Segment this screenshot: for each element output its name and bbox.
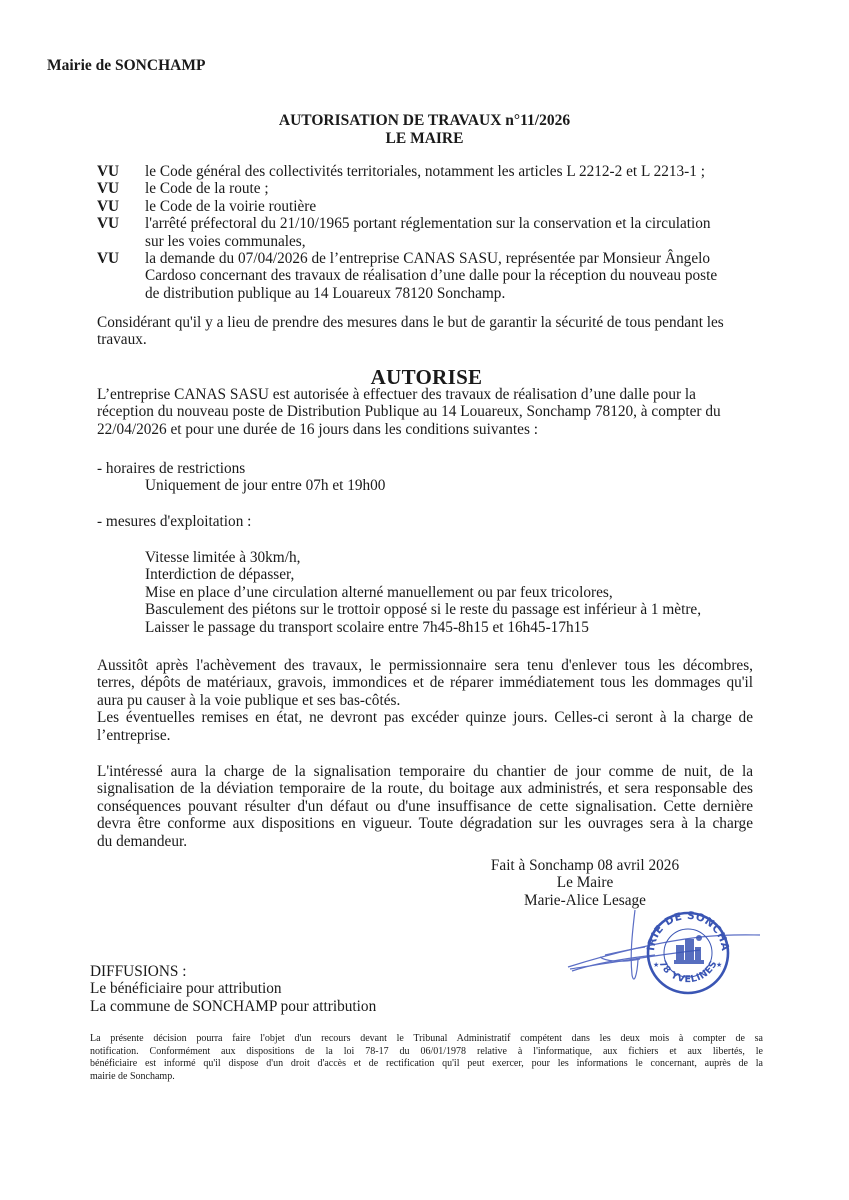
signature-block: Fait à Sonchamp 08 avril 2026 Le Maire M… (465, 857, 705, 909)
vu-item: VU la demande du 07/04/2026 de l’entrepr… (97, 250, 757, 302)
vu-item: VU le Code de la route ; (97, 180, 757, 197)
text-line: signalisation de la déviation temporaire… (97, 780, 753, 797)
svg-text:★: ★ (653, 961, 659, 969)
vu-list: VU le Code général des collectivités ter… (97, 163, 757, 302)
text-line: bénéficiaire est informé qu'il dispose d… (90, 1058, 763, 1071)
text-line: travaux. (97, 331, 757, 348)
text-line: mairie de Sonchamp. (90, 1071, 763, 1084)
text-line: 22/04/2026 et pour une durée de 16 jours… (97, 421, 757, 438)
text-line: aura pu causer à la voie publique et ses… (97, 692, 753, 709)
vu-text: de distribution publique au 14 Louareux … (145, 285, 757, 302)
title-line-2: LE MAIRE (0, 130, 849, 148)
svg-text:MAIRIE DE SONCHAMP: MAIRIE DE SONCHAMP (560, 905, 731, 952)
diffusions-heading: DIFFUSIONS : (90, 963, 376, 980)
signature-place-date: Fait à Sonchamp 08 avril 2026 (465, 857, 705, 874)
vu-label: VU (97, 198, 145, 215)
vu-text: le Code de la route ; (145, 180, 757, 197)
vu-label: VU (97, 180, 145, 197)
text-line: devra être conforme aux dispositions en … (97, 815, 753, 832)
horaires-label: - horaires de restrictions (97, 460, 757, 477)
text-line: du demandeur. (97, 833, 753, 850)
mesures-list: Vitesse limitée à 30km/h, Interdiction d… (145, 549, 765, 636)
legal-footnote: La présente décision pourra faire l'obje… (90, 1033, 763, 1083)
text-line: réception du nouveau poste de Distributi… (97, 403, 757, 420)
considerant-paragraph: Considérant qu'il y a lieu de prendre de… (97, 314, 757, 349)
mesure-item: Basculement des piétons sur le trottoir … (145, 601, 765, 618)
text-line: notification. Conformément aux dispositi… (90, 1046, 763, 1059)
vu-text: sur les voies communales, (145, 233, 757, 250)
text-line: L’entreprise CANAS SASU est autorisée à … (97, 386, 757, 403)
mesure-item: Vitesse limitée à 30km/h, (145, 549, 765, 566)
diffusion-item: Le bénéficiaire pour attribution (90, 980, 376, 997)
vu-item: VU l'arrêté préfectoral du 21/10/1965 po… (97, 215, 757, 250)
vu-label: VU (97, 250, 145, 302)
mesure-item: Mise en place d’une circulation alterné … (145, 584, 765, 601)
vu-text: la demande du 07/04/2026 de l’entreprise… (145, 250, 757, 267)
diffusion-item: La commune de SONCHAMP pour attribution (90, 998, 376, 1015)
text-line: Les éventuelles remises en état, ne devr… (97, 709, 753, 726)
text-line: L'intéressé aura la charge de la signali… (97, 763, 753, 780)
vu-text: l'arrêté préfectoral du 21/10/1965 porta… (145, 215, 757, 232)
document-title: AUTORISATION DE TRAVAUX n°11/2026 LE MAI… (0, 112, 849, 148)
interesse-paragraph: L'intéressé aura la charge de la signali… (97, 763, 753, 850)
vu-text: Cardoso concernant des travaux de réalis… (145, 267, 757, 284)
text-line: terres, dépôts de matériaux, gravois, im… (97, 674, 753, 691)
mesure-item: Interdiction de dépasser, (145, 566, 765, 583)
vu-text: le Code général des collectivités territ… (145, 163, 757, 180)
text-line: La présente décision pourra faire l'obje… (90, 1033, 763, 1046)
svg-text:★: ★ (716, 961, 722, 969)
organization-name: Mairie de SONCHAMP (47, 57, 205, 75)
diffusions-section: DIFFUSIONS : Le bénéficiaire pour attrib… (90, 963, 376, 1015)
mesure-item: Laisser le passage du transport scolaire… (145, 619, 765, 636)
vu-item: VU le Code de la voirie routière (97, 198, 757, 215)
autorise-paragraph: L’entreprise CANAS SASU est autorisée à … (97, 386, 757, 438)
stamp-top-text: MAIRIE DE SONCHAMP (560, 905, 731, 952)
text-line: conséquences pouvant résulter d'un défau… (97, 798, 753, 815)
vu-text: le Code de la voirie routière (145, 198, 757, 215)
horaires-section: - horaires de restrictions Uniquement de… (97, 460, 757, 495)
title-line-1: AUTORISATION DE TRAVAUX n°11/2026 (0, 112, 849, 130)
text-line: Considérant qu'il y a lieu de prendre de… (97, 314, 757, 331)
mesures-label: - mesures d'exploitation : (97, 513, 251, 530)
signature-role: Le Maire (465, 874, 705, 891)
horaires-value: Uniquement de jour entre 07h et 19h00 (97, 477, 757, 494)
text-line: Aussitôt après l'achèvement des travaux,… (97, 657, 753, 674)
vu-item: VU le Code général des collectivités ter… (97, 163, 757, 180)
aussitot-paragraph: Aussitôt après l'achèvement des travaux,… (97, 657, 753, 744)
vu-label: VU (97, 215, 145, 250)
vu-label: VU (97, 163, 145, 180)
text-line: l’entreprise. (97, 727, 753, 744)
stamp-signature-icon: MAIRIE DE SONCHAMP 78 YVELINES ★ ★ (560, 905, 770, 1015)
official-stamp: MAIRIE DE SONCHAMP 78 YVELINES ★ ★ (560, 905, 770, 1015)
